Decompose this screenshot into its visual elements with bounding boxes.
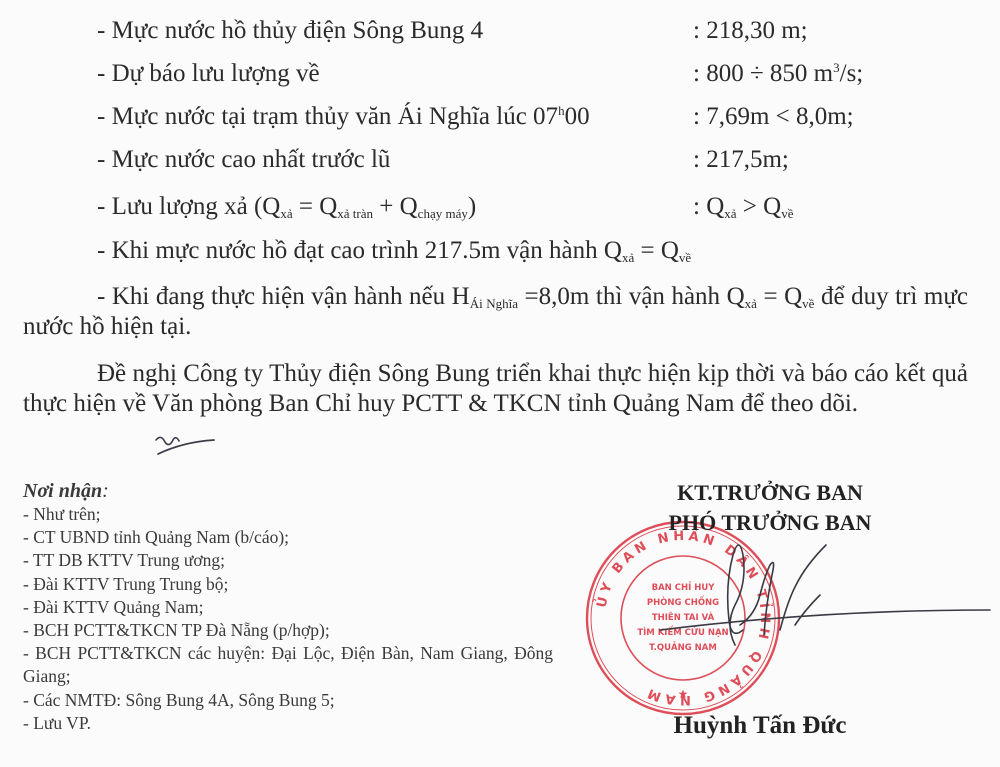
signer-name: Huỳnh Tấn Đức: [640, 712, 880, 740]
recipient-item: - TT DB KTTV Trung ương;: [23, 549, 553, 572]
recipients-list: Nơi nhận: - Như trên; - CT UBND tỉnh Quả…: [23, 479, 553, 735]
signature-title-line-1: KT.TRƯỞNG BAN: [640, 480, 900, 506]
recipient-item: - Như trên;: [23, 503, 553, 526]
recipient-item: - Đài KTTV Trung Trung bộ;: [23, 573, 553, 596]
param-label: - Mực nước cao nhất trước lũ: [97, 147, 390, 172]
param-value: : Qxả > Qvề: [693, 194, 793, 219]
stamp-star-icon: ★: [678, 687, 689, 701]
recipient-item: - Lưu VP.: [23, 712, 553, 735]
handwritten-tick-mark: [150, 428, 220, 458]
recipient-item: - Các NMTĐ: Sông Bung 4A, Sông Bung 5;: [23, 689, 553, 712]
recipient-item: - Đài KTTV Quảng Nam;: [23, 596, 553, 619]
param-label: - Lưu lượng xả (Qxả = Qxả tràn + Qchạy m…: [97, 194, 476, 219]
recipient-item: - BCH PCTT&TKCN các huyện: Đại Lộc, Điện…: [23, 642, 553, 688]
param-label: - Mực nước hồ thủy điện Sông Bung 4: [97, 18, 483, 43]
param-value: : 217,5m;: [693, 147, 789, 172]
param-value: : 7,69m < 8,0m;: [693, 104, 854, 129]
recipient-item: - CT UBND tỉnh Quảng Nam (b/cáo);: [23, 526, 553, 549]
request-paragraph: Đề nghị Công ty Thủy điện Sông Bung triể…: [23, 359, 968, 419]
param-value: : 800 ÷ 850 m3/s;: [693, 61, 863, 86]
recipients-title: Nơi nhận:: [23, 479, 553, 503]
param-label: - Dự báo lưu lượng về: [97, 61, 320, 86]
operation-rule-2: - Khi đang thực hiện vận hành nếu HÁi Ng…: [23, 282, 968, 342]
recipient-item: - BCH PCTT&TKCN TP Đà Nẵng (p/hợp);: [23, 619, 553, 642]
param-label: - Mực nước tại trạm thủy văn Ái Nghĩa lú…: [97, 104, 590, 129]
official-document-page: - Mực nước hồ thủy điện Sông Bung 4 : 21…: [0, 0, 1000, 767]
handwritten-signature: [640, 530, 1000, 660]
param-value: : 218,30 m;: [693, 18, 808, 43]
